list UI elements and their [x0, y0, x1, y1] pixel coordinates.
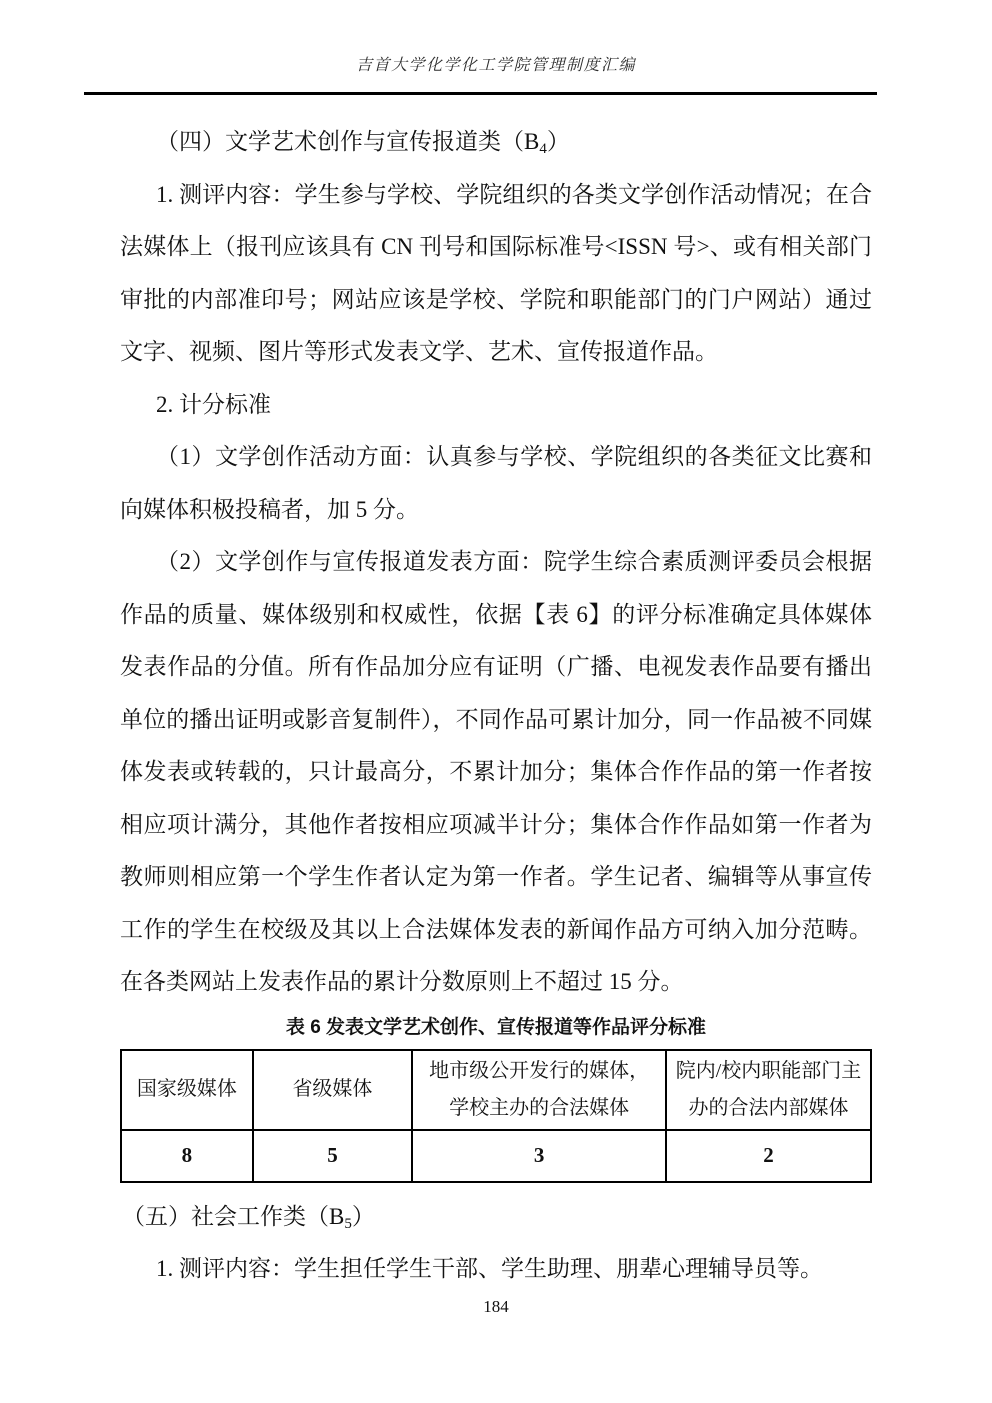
media-score-table: 国家级媒体 省级媒体 地市级公开发行的媒体，学校主办的合法媒体 院内/校内职能部… — [120, 1049, 872, 1183]
section4-heading-text: （四）文学艺术创作与宣传报道类（B — [156, 129, 539, 154]
section4-item2-paragraph: （2）文学创作与宣传报道发表方面：院学生综合素质测评委员会根据作品的质量、媒体级… — [120, 536, 872, 1009]
page-header-title: 吉首大学化学化工学院管理制度汇编 — [0, 52, 992, 75]
table-header-cell-provincial: 省级媒体 — [253, 1050, 413, 1130]
page-content: （四）文学艺术创作与宣传报道类（B4） 1. 测评内容：学生参与学校、学院组织的… — [120, 116, 872, 1296]
table-value-cell-internal: 2 — [666, 1130, 871, 1182]
page-number: 184 — [0, 1297, 992, 1317]
table-value-row: 8 5 3 2 — [121, 1130, 871, 1182]
table-value-cell-provincial: 5 — [253, 1130, 413, 1182]
section5-heading: （五）社会工作类（B5） — [120, 1191, 872, 1244]
section4-heading: （四）文学艺术创作与宣传报道类（B4） — [120, 116, 872, 169]
document-page: 吉首大学化学化工学院管理制度汇编 （四）文学艺术创作与宣传报道类（B4） 1. … — [0, 0, 992, 1403]
table-header-row: 国家级媒体 省级媒体 地市级公开发行的媒体，学校主办的合法媒体 院内/校内职能部… — [121, 1050, 871, 1130]
header-rule — [84, 92, 877, 95]
section5-heading-subscript: 5 — [344, 1216, 352, 1232]
section5-heading-text: （五）社会工作类（B — [122, 1204, 344, 1229]
section4-heading-close: ） — [547, 129, 570, 154]
section5-heading-close: ） — [352, 1204, 375, 1229]
table6-caption: 表 6 发表文学艺术创作、宣传报道等作品评分标准 — [120, 1015, 872, 1041]
table-value-cell-national: 8 — [121, 1130, 253, 1182]
table-header-cell-municipal: 地市级公开发行的媒体，学校主办的合法媒体 — [412, 1050, 666, 1130]
section4-eval-paragraph: 1. 测评内容：学生参与学校、学院组织的各类文学创作活动情况；在合法媒体上（报刊… — [120, 169, 872, 379]
section5-eval-paragraph: 1. 测评内容：学生担任学生干部、学生助理、朋辈心理辅导员等。 — [120, 1243, 872, 1296]
table-header-cell-national: 国家级媒体 — [121, 1050, 253, 1130]
table-value-cell-municipal: 3 — [412, 1130, 666, 1182]
section4-standard-heading: 2. 计分标准 — [120, 379, 872, 432]
section4-item1-paragraph: （1）文学创作活动方面：认真参与学校、学院组织的各类征文比赛和向媒体积极投稿者，… — [120, 431, 872, 536]
table-header-cell-internal: 院内/校内职能部门主办的合法内部媒体 — [666, 1050, 871, 1130]
section4-heading-subscript: 4 — [539, 141, 547, 157]
